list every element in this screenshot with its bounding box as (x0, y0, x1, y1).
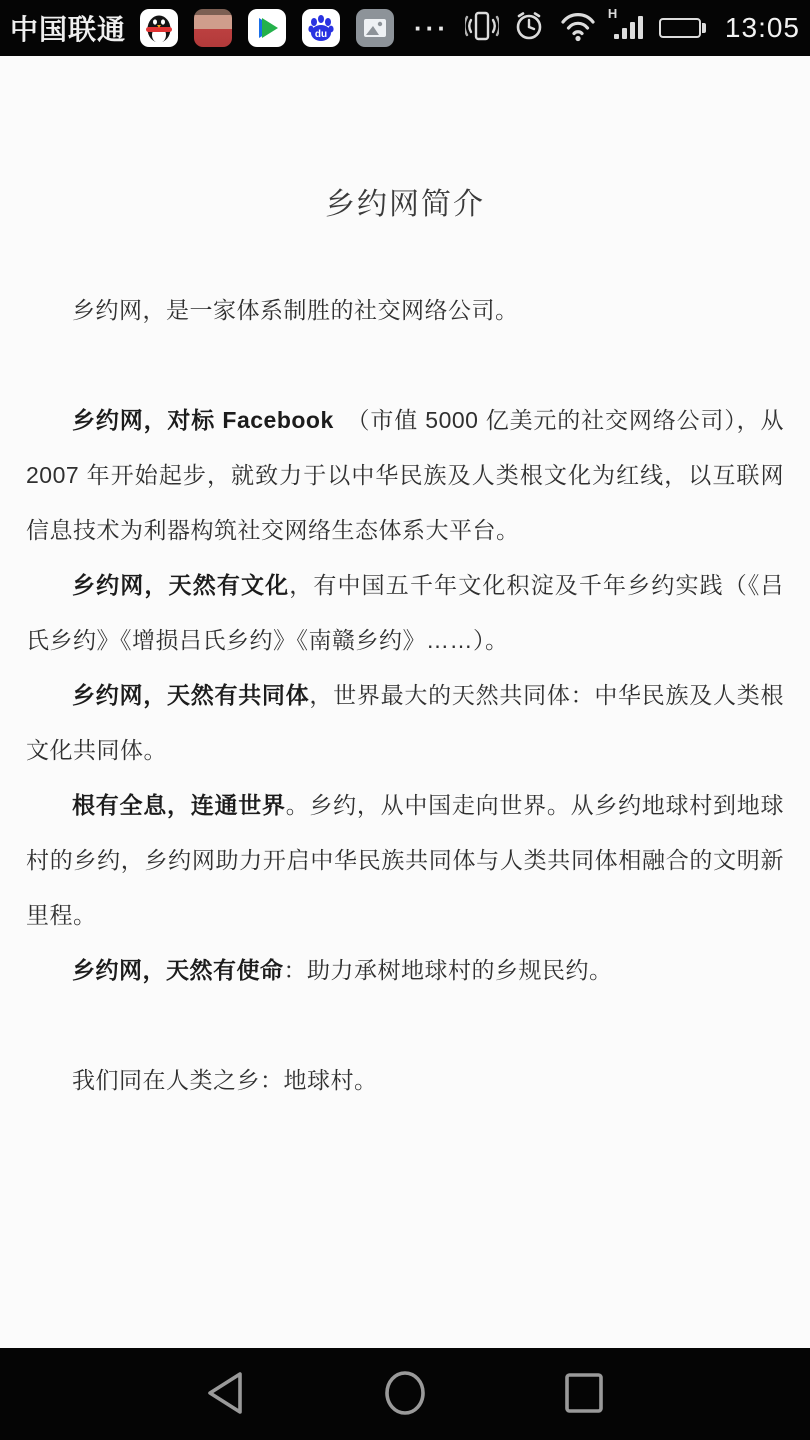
paragraph-bold-lead: 乡约网，天然有文化 (72, 572, 289, 598)
vibrate-icon (465, 8, 499, 49)
photo-notification-icon (194, 9, 232, 47)
notification-icons: du ··· (140, 9, 449, 47)
baidu-icon: du (302, 9, 340, 47)
paragraph: 乡约网，对标 Facebook （市值 5000 亿美元的社交网络公司），从 2… (26, 393, 784, 558)
carrier-label: 中国联通 (10, 8, 126, 48)
page-title: 乡约网简介 (26, 184, 784, 226)
paragraph-text: ：助力承树地球村的乡规民约。 (284, 957, 613, 983)
home-icon (377, 1365, 433, 1424)
paragraph: 根有全息，连通世界。乡约，从中国走向世界。从乡约地球村到地球村的乡约，乡约网助力… (26, 778, 784, 943)
paragraph: 我们同在人类之乡：地球村。 (26, 1053, 784, 1108)
paragraph: 乡约网，天然有文化，有中国五千年文化积淀及千年乡约实践（《吕氏乡约》《增损吕氏乡… (26, 558, 784, 668)
clock-label: 13:05 (725, 12, 800, 44)
paragraph-text: 我们同在人类之乡：地球村。 (72, 1067, 378, 1093)
recents-button[interactable] (554, 1364, 614, 1424)
more-notifications-icon: ··· (414, 13, 449, 44)
battery-icon (659, 18, 706, 38)
paragraph-text: 乡约网，是一家体系制胜的社交网络公司。 (72, 297, 519, 323)
cellular-signal-icon: H (610, 8, 646, 49)
android-nav-bar (0, 1348, 810, 1440)
paragraph: 乡约网，是一家体系制胜的社交网络公司。 (26, 283, 784, 338)
status-bar: 中国联通 (0, 0, 810, 56)
home-button[interactable] (375, 1364, 435, 1424)
status-indicators: H 13:05 (465, 8, 800, 49)
back-button[interactable] (196, 1364, 256, 1424)
paragraph-bold-lead: 乡约网，天然有共同体 (72, 682, 309, 708)
back-icon (200, 1365, 252, 1424)
paragraph-bold-lead: 乡约网，天然有使命 (72, 957, 284, 983)
wifi-icon (559, 8, 597, 49)
tencent-video-icon (248, 9, 286, 47)
qq-icon (140, 9, 178, 47)
phone-screen: 中国联通 (0, 0, 810, 1440)
gallery-icon (356, 9, 394, 47)
document-page[interactable]: 乡约网简介 乡约网，是一家体系制胜的社交网络公司。 乡约网，对标 Faceboo… (0, 56, 810, 1348)
network-type-label: H (608, 6, 617, 21)
paragraph: 乡约网，天然有使命：助力承树地球村的乡规民约。 (26, 943, 784, 998)
paragraph: 乡约网，天然有共同体，世界最大的天然共同体：中华民族及人类根文化共同体。 (26, 668, 784, 778)
paragraph-bold-lead: 乡约网，对标 Facebook (72, 407, 334, 433)
paragraph-bold-lead: 根有全息，连通世界 (72, 792, 286, 818)
alarm-clock-icon (512, 8, 546, 49)
svg-text:du: du (315, 29, 327, 40)
recents-icon (558, 1365, 610, 1424)
